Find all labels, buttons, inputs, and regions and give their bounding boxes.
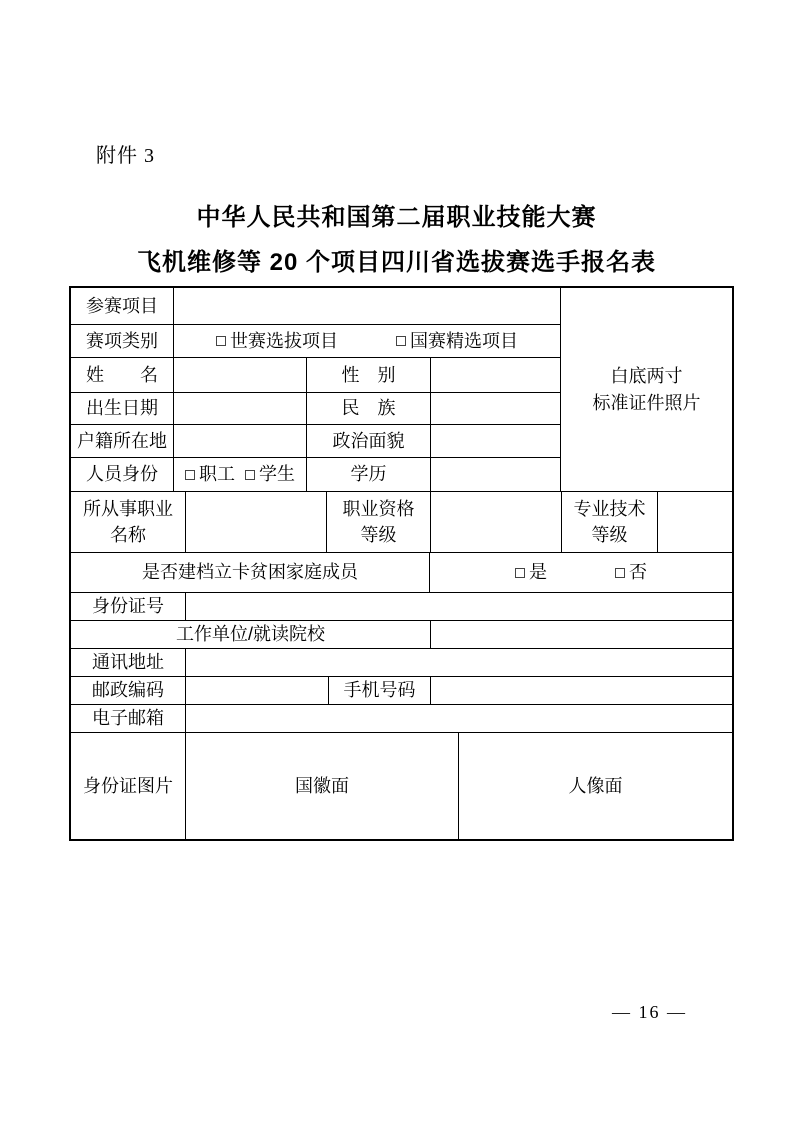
postcode-label: 邮政编码 xyxy=(71,677,186,704)
technical-level-value-cell xyxy=(658,492,732,552)
page-number: — 16 — xyxy=(612,1002,687,1023)
option-no-label: 否 xyxy=(629,559,647,585)
option-student: 学生 xyxy=(245,461,295,487)
row-postcode-mobile: 邮政编码 手机号码 xyxy=(71,677,732,705)
checkbox-icon xyxy=(396,336,406,346)
document-page: 附件 3 中华人民共和国第二届职业技能大赛 飞机维修等 20 个项目四川省选拔赛… xyxy=(0,0,793,1122)
poverty-status-label: 是否建档立卡贫困家庭成员 xyxy=(71,553,430,592)
name-value-cell xyxy=(174,358,307,392)
mailing-address-value-cell xyxy=(186,649,732,676)
mobile-value-cell xyxy=(431,677,732,704)
row-id-images: 身份证图片 国徽面 人像面 xyxy=(71,733,732,839)
checkbox-icon xyxy=(615,568,625,578)
residence-label: 户籍所在地 xyxy=(71,425,174,457)
education-value-cell xyxy=(431,458,561,491)
document-title-line1: 中华人民共和国第二届职业技能大赛 xyxy=(0,197,793,232)
row-workplace: 工作单位/就读院校 xyxy=(71,621,732,649)
attachment-label: 附件 3 xyxy=(96,139,155,168)
checkbox-icon xyxy=(245,470,255,480)
id-images-label: 身份证图片 xyxy=(71,733,186,839)
mobile-label: 手机号码 xyxy=(329,677,431,704)
event-category-options-cell: 世赛选拔项目 国赛精选项目 xyxy=(174,325,561,357)
checkbox-icon xyxy=(216,336,226,346)
option-national-selected-label: 国赛精选项目 xyxy=(410,328,518,354)
competition-project-label: 参赛项目 xyxy=(71,288,174,324)
option-employee: 职工 xyxy=(185,461,235,487)
political-status-value-cell xyxy=(431,425,561,457)
workplace-label: 工作单位/就读院校 xyxy=(71,621,431,648)
id-front-cell: 国徽面 xyxy=(186,733,459,839)
option-yes-label: 是 xyxy=(529,559,547,585)
occupation-name-label: 所从事职业 名称 xyxy=(71,492,186,552)
row-identity-education: 人员身份 职工 学生 学历 xyxy=(71,458,561,492)
id-number-value-cell xyxy=(186,593,732,620)
birth-date-label: 出生日期 xyxy=(71,393,174,424)
option-yes: 是 xyxy=(515,559,547,585)
id-number-label: 身份证号 xyxy=(71,593,186,620)
vocational-level-label: 职业资格 等级 xyxy=(327,492,431,552)
technical-level-label: 专业技术 等级 xyxy=(562,492,658,552)
row-poverty-status: 是否建档立卡贫困家庭成员 是 否 xyxy=(71,553,732,593)
political-status-label: 政治面貌 xyxy=(307,425,431,457)
occupation-name-value-cell xyxy=(186,492,327,552)
registration-form-table: 白底两寸 标准证件照片 参赛项目 赛项类别 世赛选拔项目 国赛精选项目 姓 名 … xyxy=(69,286,734,841)
gender-value-cell xyxy=(431,358,561,392)
option-employee-label: 职工 xyxy=(199,461,235,487)
row-email: 电子邮箱 xyxy=(71,705,732,733)
option-world-skills: 世赛选拔项目 xyxy=(216,328,338,354)
personnel-identity-label: 人员身份 xyxy=(71,458,174,491)
ethnic-label: 民 族 xyxy=(307,393,431,424)
row-event-category: 赛项类别 世赛选拔项目 国赛精选项目 xyxy=(71,325,561,358)
postcode-value-cell xyxy=(186,677,329,704)
checkbox-icon xyxy=(185,470,195,480)
checkbox-icon xyxy=(515,568,525,578)
vocational-level-value-cell xyxy=(431,492,562,552)
workplace-value-cell xyxy=(431,621,732,648)
row-id-number: 身份证号 xyxy=(71,593,732,621)
row-mailing-address: 通讯地址 xyxy=(71,649,732,677)
row-residence-politics: 户籍所在地 政治面貌 xyxy=(71,425,561,458)
document-title-line2: 飞机维修等 20 个项目四川省选拔赛选手报名表 xyxy=(0,242,793,277)
birth-date-value-cell xyxy=(174,393,307,424)
ethnic-value-cell xyxy=(431,393,561,424)
education-label: 学历 xyxy=(307,458,431,491)
personnel-identity-options-cell: 职工 学生 xyxy=(174,458,307,491)
email-value-cell xyxy=(186,705,732,732)
option-world-skills-label: 世赛选拔项目 xyxy=(230,328,338,354)
row-birth-ethnic: 出生日期 民 族 xyxy=(71,393,561,425)
option-national-selected: 国赛精选项目 xyxy=(396,328,518,354)
row-occupation-levels: 所从事职业 名称 职业资格 等级 专业技术 等级 xyxy=(71,492,732,553)
photo-box: 白底两寸 标准证件照片 xyxy=(561,288,732,492)
row-competition-project: 参赛项目 xyxy=(71,288,561,325)
id-back-cell: 人像面 xyxy=(459,733,732,839)
mailing-address-label: 通讯地址 xyxy=(71,649,186,676)
poverty-status-options-cell: 是 否 xyxy=(430,553,732,592)
email-label: 电子邮箱 xyxy=(71,705,186,732)
gender-label: 性 别 xyxy=(307,358,431,392)
option-no: 否 xyxy=(615,559,647,585)
row-name-gender: 姓 名 性 别 xyxy=(71,358,561,393)
name-label: 姓 名 xyxy=(71,358,174,392)
option-student-label: 学生 xyxy=(259,461,295,487)
residence-value-cell xyxy=(174,425,307,457)
event-category-label: 赛项类别 xyxy=(71,325,174,357)
competition-project-value-cell xyxy=(174,288,561,324)
